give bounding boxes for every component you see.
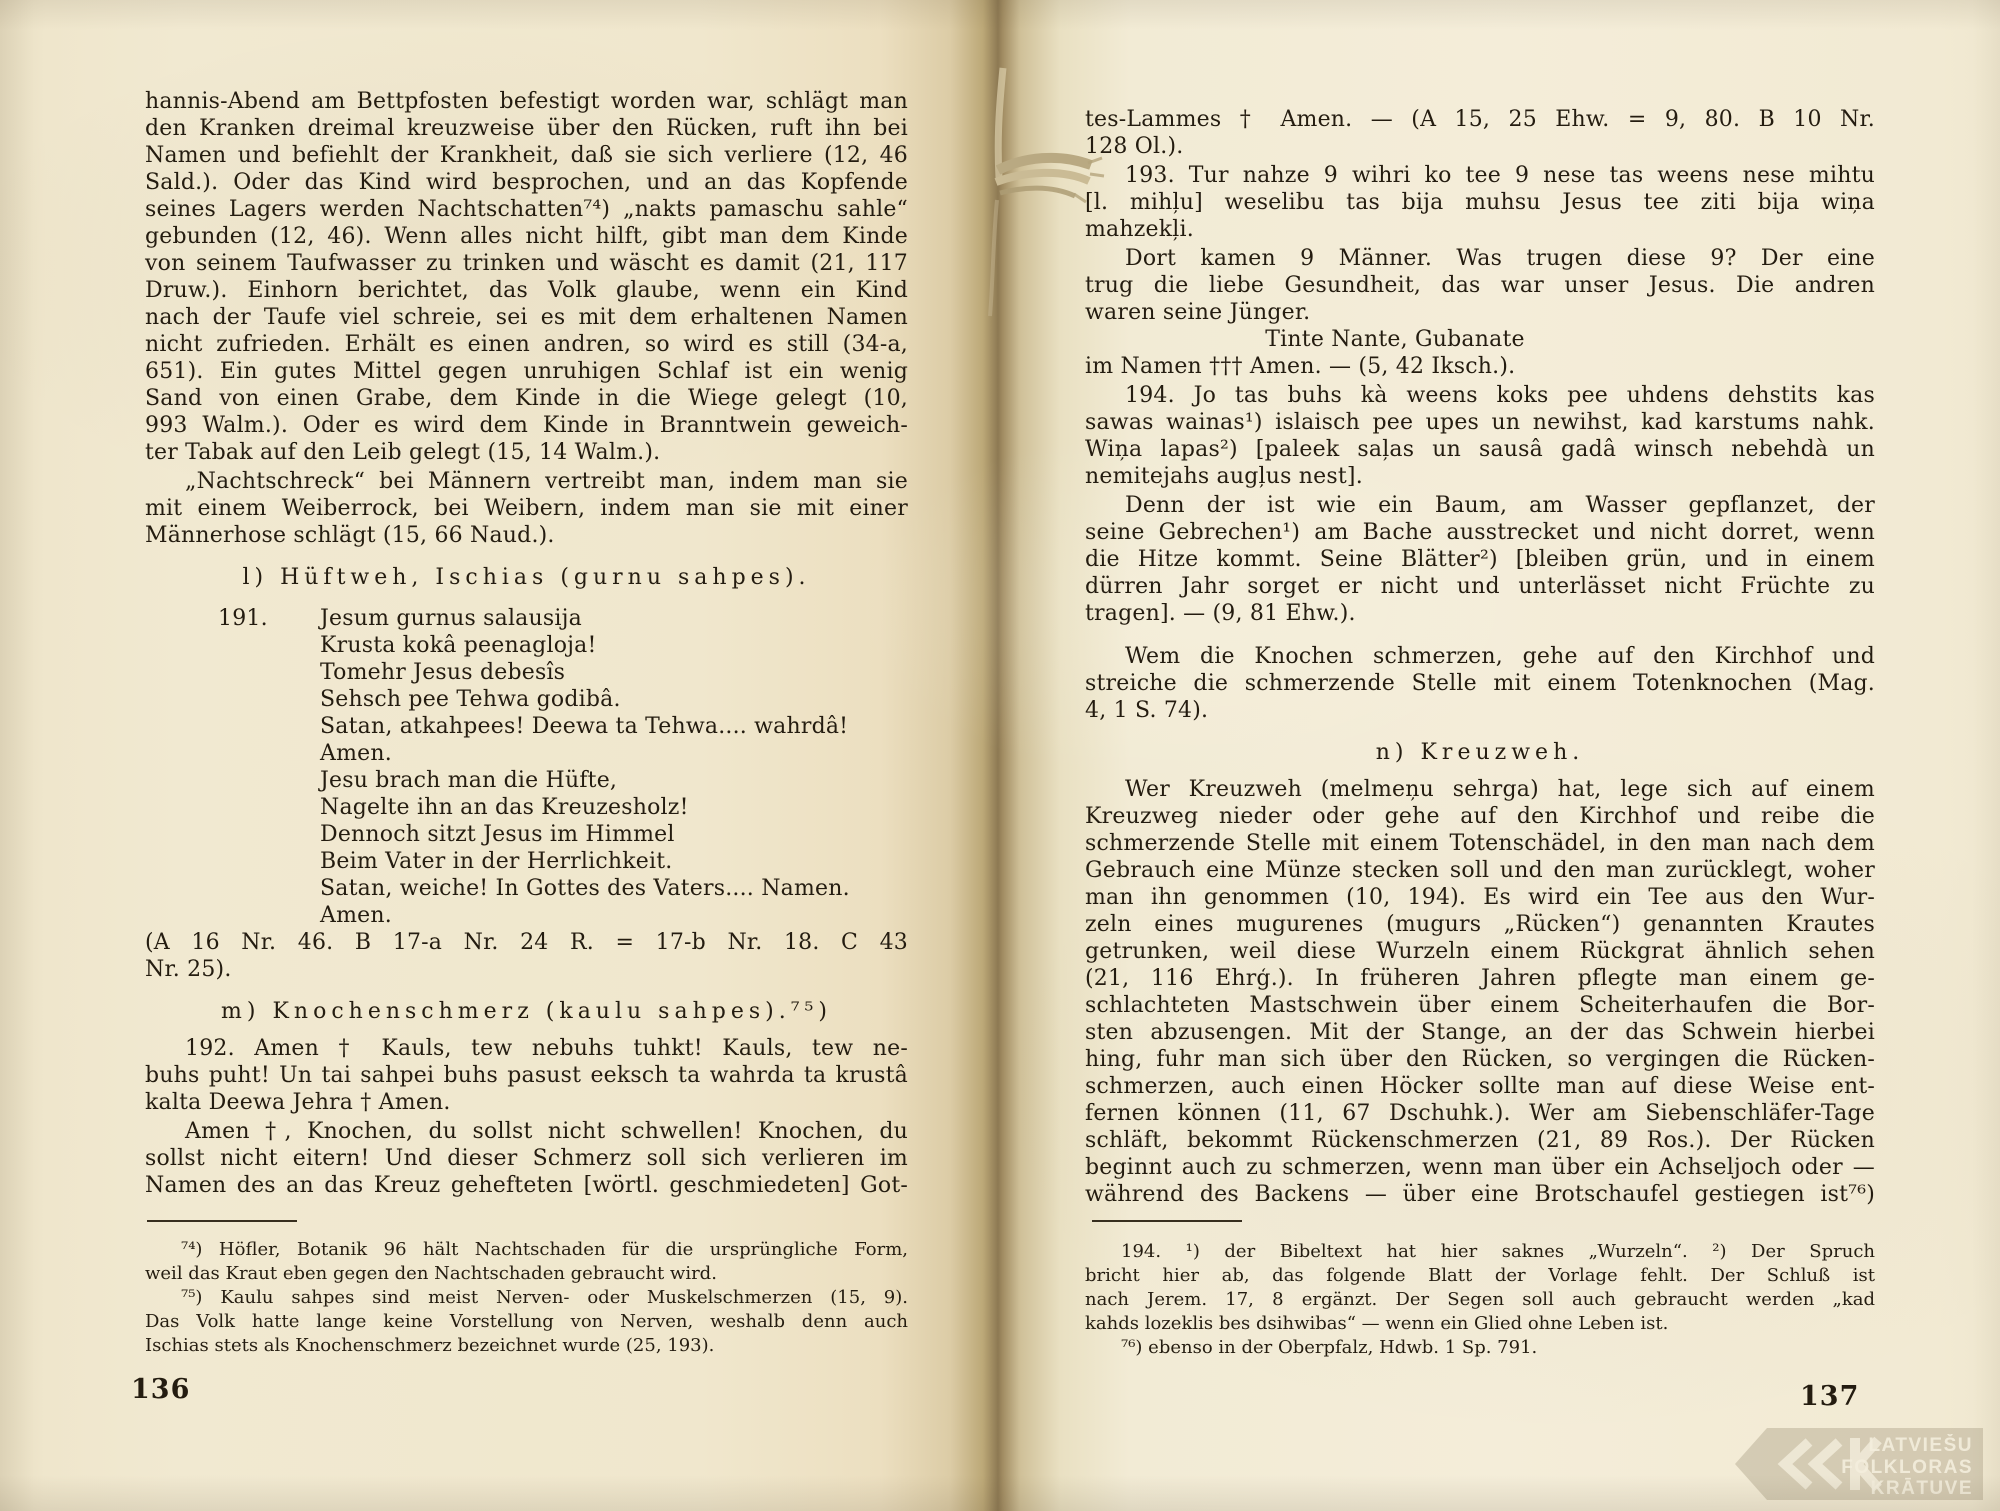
text-line: Wer Kreuzweh (melmeņu sehrga) hat, lege … bbox=[1085, 776, 1875, 803]
text-line: Dort kamen 9 Männer. Was trugen diese 9?… bbox=[1085, 245, 1875, 272]
footnote-rule bbox=[1092, 1220, 1242, 1222]
text-line: die Hitze kommt. Seine Blätter²) [bleibe… bbox=[1085, 546, 1875, 573]
footnotes: 194. ¹) der Bibeltext hat hier saknes „W… bbox=[1085, 1240, 1875, 1360]
text-line: nemitejahs augļus nest]. bbox=[1085, 463, 1875, 490]
text-line: Wiņa lapas²) [paleek saļas un sausâ gadâ… bbox=[1085, 436, 1875, 463]
text-line: Denn der ist wie ein Baum, am Wasser gep… bbox=[1085, 492, 1875, 519]
paragraph: 194. Jo tas buhs kà weens koks pee uhden… bbox=[1085, 382, 1875, 490]
text-line: getrunken, weil diese Wurzeln einem Rück… bbox=[1085, 938, 1875, 965]
spacer bbox=[1085, 627, 1875, 643]
text-line: schläft, bekommt Rückenschmerzen (21, 89… bbox=[1085, 1127, 1875, 1154]
footnote-line: kahds lozeklis bes dsihwibas“ — wenn ein… bbox=[1085, 1312, 1875, 1336]
section-heading: n) Kreuzweh. bbox=[1085, 738, 1875, 768]
text-line: tragen]. — (9, 81 Ehw.). bbox=[1085, 600, 1875, 627]
text-line: tes-Lammes † Amen. — (A 15, 25 Ehw. = 9,… bbox=[1085, 106, 1875, 133]
footnote: ⁷⁶) ebenso in der Oberpfalz, Hdwb. 1 Sp.… bbox=[1085, 1336, 1875, 1360]
text-line: trug die liebe Gesundheit, das war unser… bbox=[1085, 272, 1875, 299]
text-line: (21, 116 Ehrģ.). In früheren Jahren pfle… bbox=[1085, 965, 1875, 992]
page-number: 137 bbox=[1800, 1381, 1859, 1412]
footnote-line: bricht hier ab, das folgende Blatt der V… bbox=[1085, 1264, 1875, 1288]
text-line: Wem die Knochen schmerzen, gehe auf den … bbox=[1085, 643, 1875, 670]
centered-line: Tinte Nante, Gubanate bbox=[1085, 326, 1875, 353]
text-line: streiche die schmerzende Stelle mit eine… bbox=[1085, 670, 1875, 697]
text-line: mahzekļi. bbox=[1085, 216, 1875, 243]
text-line: dürren Jahr sorget er nicht und unterläs… bbox=[1085, 573, 1875, 600]
book-spread-scan: hannis-Abend am Bettpfosten befestigt wo… bbox=[0, 0, 2000, 1511]
text-line: zeln eines mugurenes (mugurs „Rücken“) g… bbox=[1085, 911, 1875, 938]
text-line: hing, fuhr man sich über den Rücken, so … bbox=[1085, 1046, 1875, 1073]
text-line: sawas wainas¹) islaisch pee upes un newi… bbox=[1085, 409, 1875, 436]
text-line: sten abzusengen. Mit der Stange, an der … bbox=[1085, 1019, 1875, 1046]
paragraph: Dort kamen 9 Männer. Was trugen diese 9?… bbox=[1085, 245, 1875, 326]
paragraph: im Namen ††† Amen. — (5, 42 Iksch.). bbox=[1085, 353, 1875, 380]
text-line: schmerzende Stelle mit einem Totenschäde… bbox=[1085, 830, 1875, 857]
text-line: 128 Ol.). bbox=[1085, 133, 1875, 160]
text-line: schmerzen, auch einen Höcker sollte man … bbox=[1085, 1073, 1875, 1100]
paragraph: Wer Kreuzweh (melmeņu sehrga) hat, lege … bbox=[1085, 776, 1875, 1208]
text-line: schlachteten Mastschwein über einem Sche… bbox=[1085, 992, 1875, 1019]
footnote-line: nach Jerem. 17, 8 ergänzt. Der Segen sol… bbox=[1085, 1288, 1875, 1312]
text-line: beginnt auch zu schmerzen, wenn man über… bbox=[1085, 1154, 1875, 1181]
watermark-text-line2: FOLKLORAS bbox=[1841, 1457, 1973, 1478]
text-line: 193. Tur nahze 9 wihri ko tee 9 nese tas… bbox=[1085, 162, 1875, 189]
binding-thread bbox=[962, 30, 1112, 320]
text-line: 4, 1 S. 74). bbox=[1085, 697, 1875, 724]
paragraph: tes-Lammes † Amen. — (A 15, 25 Ehw. = 9,… bbox=[1085, 106, 1875, 160]
text-line: Kreuzweg nieder oder gehe auf den Kirchh… bbox=[1085, 803, 1875, 830]
text-line: 194. Jo tas buhs kà weens koks pee uhden… bbox=[1085, 382, 1875, 409]
text-line: Gebrauch eine Münze stecken soll und den… bbox=[1085, 857, 1875, 884]
text-line: fernen können (11, 67 Dschuhk.). Wer am … bbox=[1085, 1100, 1875, 1127]
footnote: 194. ¹) der Bibeltext hat hier saknes „W… bbox=[1085, 1240, 1875, 1336]
watermark-text-line1: LATVIEŠU bbox=[1868, 1434, 1973, 1456]
text-line: waren seine Jünger. bbox=[1085, 299, 1875, 326]
paragraph: Wem die Knochen schmerzen, gehe auf den … bbox=[1085, 643, 1875, 724]
text-line: im Namen ††† Amen. — (5, 42 Iksch.). bbox=[1085, 353, 1875, 380]
text-line: während des Backens — über eine Brotscha… bbox=[1085, 1181, 1875, 1208]
text-line: man ihn genommen (10, 194). Es wird ein … bbox=[1085, 884, 1875, 911]
footnote-line: ⁷⁶) ebenso in der Oberpfalz, Hdwb. 1 Sp.… bbox=[1085, 1336, 1875, 1360]
text-line: [l. mihļu] weselibu tas bija muhsu Jesus… bbox=[1085, 189, 1875, 216]
footnote-line: 194. ¹) der Bibeltext hat hier saknes „W… bbox=[1085, 1240, 1875, 1264]
text-line: seine Gebrechen¹) am Bache ausstrecket u… bbox=[1085, 519, 1875, 546]
watermark-text-line3: KRĀTUVE bbox=[1871, 1478, 1973, 1499]
watermark-logo: LATVIEŠU FOLKLORAS KRĀTUVE bbox=[1733, 1426, 1983, 1502]
paragraph: Denn der ist wie ein Baum, am Wasser gep… bbox=[1085, 492, 1875, 627]
text-column: tes-Lammes † Amen. — (A 15, 25 Ehw. = 9,… bbox=[1085, 106, 1875, 1208]
paragraph: 193. Tur nahze 9 wihri ko tee 9 nese tas… bbox=[1085, 162, 1875, 243]
